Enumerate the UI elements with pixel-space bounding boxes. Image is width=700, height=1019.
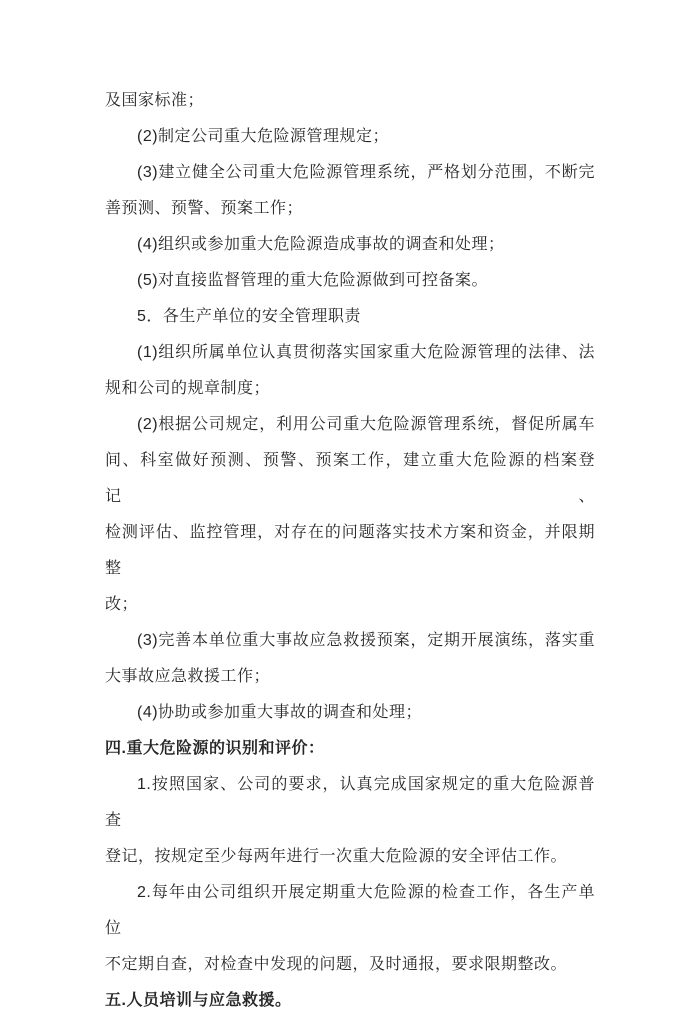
text-line: 5．各生产单位的安全管理职责	[105, 299, 595, 335]
paragraph-list-item-5: (5)对直接监督管理的重大危险源做到可控备案。	[105, 263, 595, 299]
paragraph-list-item-unit-4: (4)协助或参加重大事故的调查和处理；	[105, 695, 595, 731]
text-line: (1)组织所属单位认真贯彻落实国家重大危险源管理的法律、法	[105, 335, 595, 371]
text-line: (2)根据公司规定，利用公司重大危险源管理系统，督促所属车	[105, 407, 595, 443]
paragraph-sub-heading-5: 5．各生产单位的安全管理职责	[105, 299, 595, 335]
paragraph-list-item-2: (2)制定公司重大危险源管理规定；	[105, 119, 595, 155]
text-line: 善预测、预警、预案工作；	[105, 191, 595, 227]
text-line: (2)制定公司重大危险源管理规定；	[105, 119, 595, 155]
paragraph-list-item-unit-1: (1)组织所属单位认真贯彻落实国家重大危险源管理的法律、法规和公司的规章制度；	[105, 335, 595, 407]
paragraph-list-item-3: (3)建立健全公司重大危险源管理系统，严格划分范围，不断完善预测、预警、预案工作…	[105, 155, 595, 227]
paragraph-numbered-item-1: 1.按照国家、公司的要求，认真完成国家规定的重大危险源普查登记，按规定至少每两年…	[105, 767, 595, 875]
text-line: 四.重大危险源的识别和评价：	[105, 731, 595, 767]
text-line: (5)对直接监督管理的重大危险源做到可控备案。	[105, 263, 595, 299]
paragraph-list-item-unit-2: (2)根据公司规定，利用公司重大危险源管理系统，督促所属车间、科室做好预测、预警…	[105, 407, 595, 623]
paragraph-section-heading-4: 四.重大危险源的识别和评价：	[105, 731, 595, 767]
paragraph-section-heading-5: 五.人员培训与应急救援。	[105, 983, 595, 990]
document-page: 及国家标准；(2)制定公司重大危险源管理规定；(3)建立健全公司重大危险源管理系…	[105, 83, 595, 990]
paragraph-numbered-item-2: 2.每年由公司组织开展定期重大危险源的检查工作，各生产单位不定期自查，对检查中发…	[105, 875, 595, 983]
text-line: 改；	[105, 587, 595, 623]
text-line: (3)完善本单位重大事故应急救援预案，定期开展演练，落实重	[105, 623, 595, 659]
text-line: 规和公司的规章制度；	[105, 371, 595, 407]
text-line: (3)建立健全公司重大危险源管理系统，严格划分范围，不断完	[105, 155, 595, 191]
text-line: 登记，按规定至少每两年进行一次重大危险源的安全评估工作。	[105, 839, 595, 875]
text-line: (4)组织或参加重大危险源造成事故的调查和处理；	[105, 227, 595, 263]
text-line: 2.每年由公司组织开展定期重大危险源的检查工作，各生产单位	[105, 875, 595, 947]
text-line: 间、科室做好预测、预警、预案工作，建立重大危险源的档案登记、	[105, 443, 595, 515]
text-line: 1.按照国家、公司的要求，认真完成国家规定的重大危险源普查	[105, 767, 595, 839]
paragraph-body-continuation: 及国家标准；	[105, 83, 595, 119]
paragraph-list-item-4: (4)组织或参加重大危险源造成事故的调查和处理；	[105, 227, 595, 263]
text-line: 检测评估、监控管理，对存在的问题落实技术方案和资金，并限期整	[105, 515, 595, 587]
text-line: 不定期自查，对检查中发现的问题，及时通报，要求限期整改。	[105, 947, 595, 983]
text-line: (4)协助或参加重大事故的调查和处理；	[105, 695, 595, 731]
text-line: 五.人员培训与应急救援。	[105, 983, 595, 990]
text-line: 大事故应急救援工作；	[105, 659, 595, 695]
paragraph-list-item-unit-3: (3)完善本单位重大事故应急救援预案，定期开展演练，落实重大事故应急救援工作；	[105, 623, 595, 695]
text-line: 及国家标准；	[105, 83, 595, 119]
